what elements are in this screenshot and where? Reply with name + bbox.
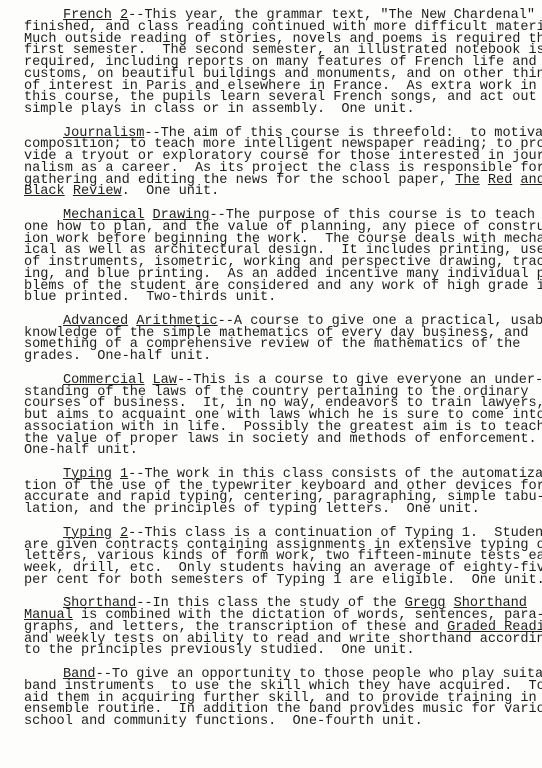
paragraph-french-2: French 2--This year, the grammar text, "… xyxy=(24,10,534,116)
document-body: French 2--This year, the grammar text, "… xyxy=(24,10,534,740)
text-line: school and community functions. One-four… xyxy=(24,716,534,728)
paragraph-commercial-law: Commercial Law--This is a course to give… xyxy=(24,375,534,457)
text-line: simple plays in class or in assembly. On… xyxy=(24,104,534,116)
text-segment: simple plays in class or in assembly. On… xyxy=(24,102,415,117)
scanned-page: French 2--This year, the grammar text, "… xyxy=(0,0,542,768)
paragraph-journalism: Journalism--The aim of this course is th… xyxy=(24,128,534,199)
paragraph-typing-1: Typing 1--The work in this class consist… xyxy=(24,469,534,516)
paragraph-shorthand: Shorthand--In this class the study of th… xyxy=(24,598,534,657)
paragraph-band: Band--To give an opportunity to those pe… xyxy=(24,669,534,728)
underlined-text: Review xyxy=(73,184,122,199)
text-segment: blue printed. Two-thirds unit. xyxy=(24,290,276,305)
text-segment xyxy=(480,173,488,188)
text-line: Black Review. One unit. xyxy=(24,186,534,198)
underlined-text: Black xyxy=(24,184,65,199)
text-segment: One-half unit. xyxy=(24,443,138,458)
text-line: One-half unit. xyxy=(24,445,534,457)
paragraph-advanced-arithmetic: Advanced Arithmetic--A course to give on… xyxy=(24,316,534,363)
paragraph-mechanical-drawing: Mechanical Drawing--The purpose of this … xyxy=(24,210,534,304)
text-line: per cent for both semesters of Typing 1 … xyxy=(24,575,534,587)
text-segment: grades. One-half unit. xyxy=(24,349,211,364)
paragraph-typing-2: Typing 2--This class is a continuation o… xyxy=(24,528,534,587)
text-segment xyxy=(65,184,73,199)
text-segment: school and community functions. One-four… xyxy=(24,714,423,729)
text-line: blue printed. Two-thirds unit. xyxy=(24,292,534,304)
text-segment: to the principles previously studied. On… xyxy=(24,643,415,658)
text-line: to the principles previously studied. On… xyxy=(24,645,534,657)
text-segment: lation, and the principles of typing let… xyxy=(24,502,480,517)
underlined-text: and xyxy=(520,173,542,188)
text-line: lation, and the principles of typing let… xyxy=(24,504,534,516)
underlined-text: The xyxy=(455,173,479,188)
text-line: grades. One-half unit. xyxy=(24,351,534,363)
underlined-text: Red xyxy=(488,173,512,188)
text-segment: per cent for both semesters of Typing 1 … xyxy=(24,573,542,588)
text-segment: . One unit. xyxy=(122,184,220,199)
